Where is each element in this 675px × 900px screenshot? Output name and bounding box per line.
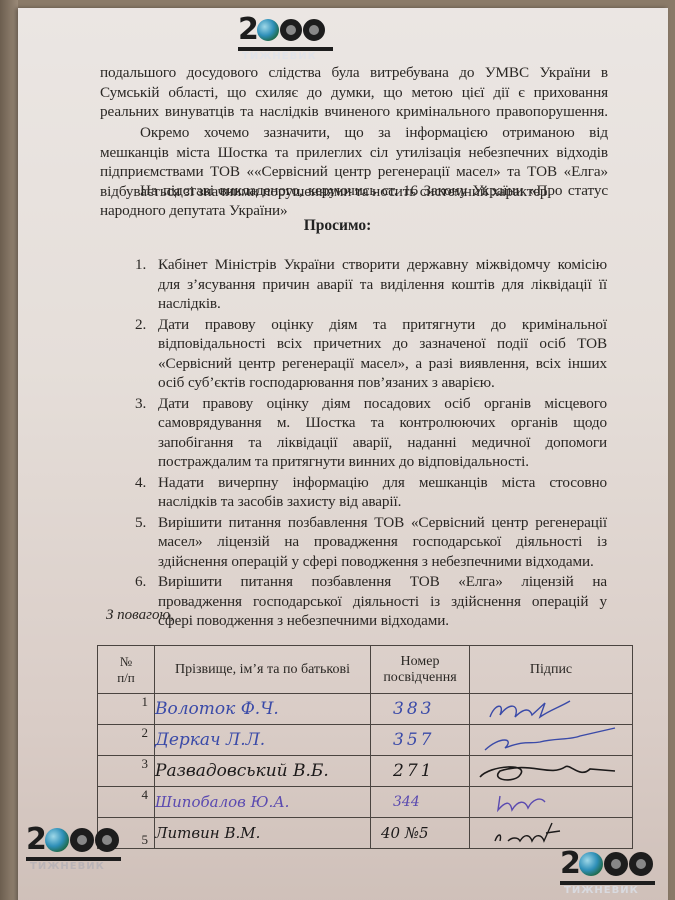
logo-digit: 2	[560, 846, 578, 881]
header-number: № п/п	[98, 646, 155, 694]
request-item-2: 2. Дати правову оцінку діям та притягнут…	[135, 315, 607, 393]
header-full-name: Прізвище, ім’я та по батькові	[155, 646, 371, 694]
table-row: 1 Волоток Ф.Ч. 383	[98, 694, 633, 725]
logo-zero-ring	[604, 852, 628, 876]
table-row: 4 Шипобалов Ю.А. 344	[98, 787, 633, 818]
text-line: «Сервісний центр регенерації масел», а р…	[158, 354, 607, 374]
header-text: Номер	[401, 654, 440, 669]
globe-icon	[579, 852, 603, 876]
request-item-6: 6. Вирішити питання позбавлення ТОВ «Елг…	[135, 572, 607, 631]
paragraph-legal-basis: На підставі викладеного, керуючись ст. 1…	[100, 181, 608, 220]
row-number: 4	[98, 787, 155, 818]
table-row: 5 Литвин В.М. 40 №5	[98, 818, 633, 849]
watermark-logo-bottom-right: 2 ТИЖНЕВИК	[560, 846, 655, 896]
logo-digit: 2	[238, 12, 256, 47]
text-line: наслідків.	[158, 294, 607, 314]
table-header-row: № п/п Прізвище, ім’я та по батькові Номе…	[98, 646, 633, 694]
logo-subtitle: ТИЖНЕВИК	[242, 51, 333, 62]
text-line: для з’ясування причин аварії та виділенн…	[158, 275, 607, 295]
text-line: реальних винуватців та наслідків вчинено…	[100, 102, 608, 122]
globe-icon	[257, 19, 279, 41]
item-number: 2.	[135, 315, 146, 335]
logo-subtitle: ТИЖНЕВИК	[564, 885, 655, 896]
row-signature	[470, 756, 633, 787]
desk-background	[0, 0, 18, 900]
text-line: Кабінет Міністрів України створити держа…	[158, 255, 607, 275]
row-signature	[470, 725, 633, 756]
signature-scribble-icon	[470, 757, 630, 785]
text-line: Дати правову оцінку діям та притягнути д…	[158, 315, 607, 335]
text-line: Сумській області, що схиляє до думки, що…	[100, 83, 608, 103]
header-signature: Підпис	[470, 646, 633, 694]
closing-regards: З повагою,	[106, 607, 174, 624]
signature-scribble-icon	[470, 819, 630, 847]
text-line: масел» ліцензій на провадження господарс…	[158, 532, 607, 552]
row-number: 3	[98, 756, 155, 787]
logo-zero-ring	[95, 828, 119, 852]
text-line: запобігання та ліквідації аварії, наданн…	[158, 433, 607, 453]
request-list: 1. Кабінет Міністрів України створити де…	[135, 255, 607, 631]
text-line: постраждалим та притягнути винних до від…	[158, 452, 607, 472]
paragraph-investigation: подальшого досудового слідства була витр…	[100, 63, 608, 122]
item-number: 4.	[135, 473, 146, 493]
row-number: 2	[98, 725, 155, 756]
text-line: підприємствами ТОВ ««Сервісний центр рег…	[100, 162, 608, 182]
signatures-table: № п/п Прізвище, ім’я та по батькові Номе…	[97, 645, 633, 849]
row-id: 383	[371, 694, 470, 725]
text-line: здійснення операцій у сфері поводження з…	[158, 552, 607, 572]
signature-scribble-icon	[470, 726, 630, 754]
text-line: подальшого досудового слідства була витр…	[100, 63, 608, 83]
text-line: Дати правову оцінку діям посадових осіб …	[158, 394, 607, 414]
text-line: Вирішити питання позбавлення ТОВ «Сервіс…	[158, 513, 607, 533]
text-line: Вирішити питання позбавлення ТОВ «Елга» …	[158, 572, 607, 592]
logo-subtitle: ТИЖНЕВИК	[30, 861, 121, 872]
logo-zero-ring	[303, 19, 325, 41]
row-name: Волоток Ф.Ч.	[155, 694, 371, 725]
text-line: сфері поводження з небезпечними відходам…	[158, 611, 607, 631]
text-line: На підставі викладеного, керуючись ст. 1…	[100, 181, 608, 201]
row-name: Развадовський В.Б.	[155, 756, 371, 787]
request-item-3: 3. Дати правову оцінку діям посадових ос…	[135, 394, 607, 472]
text-line: відповідальності всіх причетних до зазна…	[158, 334, 607, 354]
table-row: 2 Деркач Л.Л. 357	[98, 725, 633, 756]
item-number: 6.	[135, 572, 146, 592]
globe-icon	[45, 828, 69, 852]
request-item-4: 4. Надати вичерпну інформацію для мешкан…	[135, 473, 607, 512]
signature-scribble-icon	[470, 788, 630, 816]
logo-zero-ring	[280, 19, 302, 41]
watermark-logo-top: 2 ТИЖНЕВИК	[238, 12, 333, 62]
logo-zero-ring	[629, 852, 653, 876]
text-line: Надати вичерпну інформацію для мешканців…	[158, 473, 607, 493]
row-signature	[470, 787, 633, 818]
text-line: провадження господарської діяльності із …	[158, 592, 607, 612]
signature-scribble-icon	[470, 695, 630, 723]
row-name: Шипобалов Ю.А.	[155, 787, 371, 818]
logo-digit: 2	[26, 822, 44, 857]
text-line: мешканців міста Шостка та прилеглих сіл …	[100, 143, 608, 163]
watermark-logo-bottom-left: 2 ТИЖНЕВИК	[26, 822, 121, 872]
text-line: наслідків та засобів захисту від аварії.	[158, 492, 607, 512]
row-id: 40 №5	[371, 818, 470, 849]
row-id: 357	[371, 725, 470, 756]
row-name: Деркач Л.Л.	[155, 725, 371, 756]
logo-zero-ring	[70, 828, 94, 852]
text-line: самоврядування м. Шостка та контролюючих…	[158, 413, 607, 433]
row-id: 271	[371, 756, 470, 787]
row-signature	[470, 694, 633, 725]
header-text: посвідчення	[383, 670, 456, 685]
header-id-number: Номер посвідчення	[371, 646, 470, 694]
row-name: Литвин В.М.	[155, 818, 371, 849]
row-number: 1	[98, 694, 155, 725]
request-item-1: 1. Кабінет Міністрів України створити де…	[135, 255, 607, 314]
item-number: 3.	[135, 394, 146, 414]
item-number: 5.	[135, 513, 146, 533]
header-text: п/п	[117, 670, 135, 685]
table-row: 3 Развадовський В.Б. 271	[98, 756, 633, 787]
text-line: Окремо хочемо зазначити, що за інформаці…	[100, 123, 608, 143]
request-heading: Просимо:	[0, 217, 675, 235]
item-number: 1.	[135, 255, 146, 275]
row-id: 344	[371, 787, 470, 818]
text-line: осіб суб’єктів господарювання пов’язаних…	[158, 373, 607, 393]
request-item-5: 5. Вирішити питання позбавлення ТОВ «Сер…	[135, 513, 607, 572]
row-signature	[470, 818, 633, 849]
header-text: №	[120, 654, 132, 669]
